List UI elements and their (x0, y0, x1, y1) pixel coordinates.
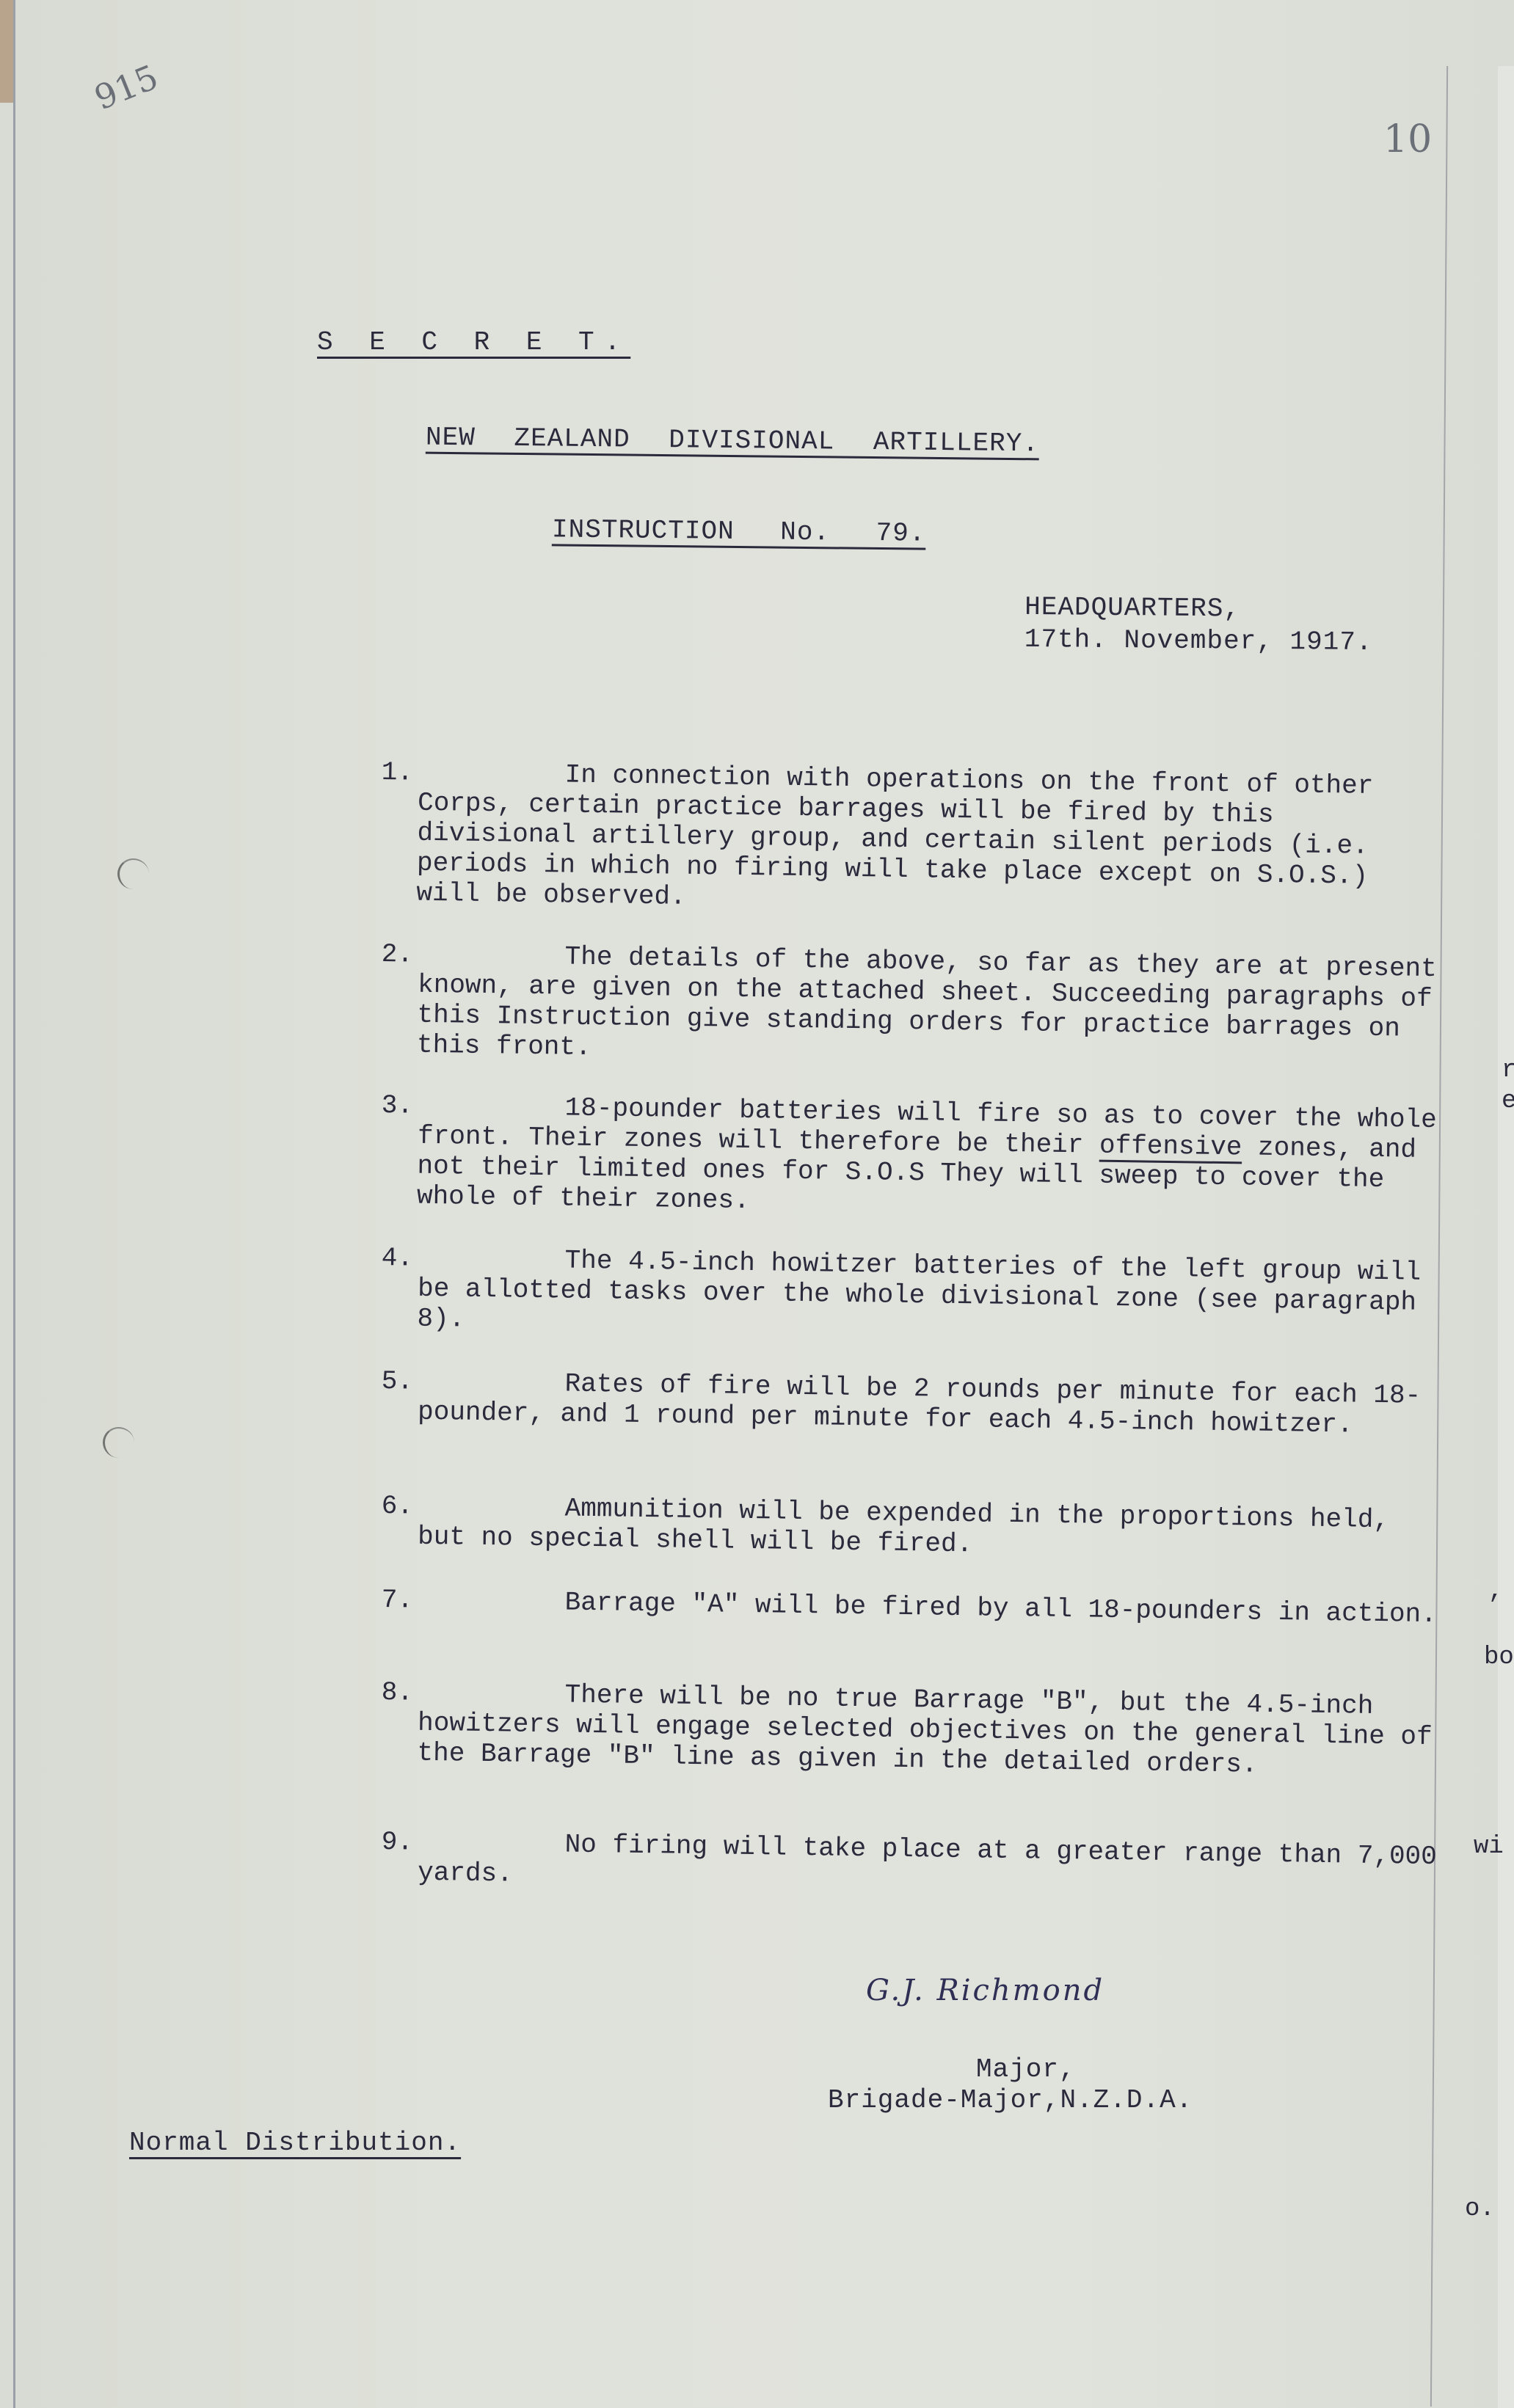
classification-heading: S E C R E T. (317, 327, 630, 358)
paragraph-number: 9. (381, 1827, 413, 1858)
instruction-title: INSTRUCTION No. 79. (552, 514, 926, 549)
paragraph-8: 8. There will be no true Barrage "B", bu… (380, 1677, 1438, 1782)
punch-hole-icon (117, 858, 149, 889)
edge-fragment: , (1488, 1577, 1503, 1605)
paragraph-number: 5. (381, 1366, 413, 1397)
paragraph-number: 1. (381, 757, 413, 788)
underlined-word: offensive (1099, 1131, 1242, 1163)
paragraph-2: 2. The details of the above, so far as t… (380, 939, 1438, 1074)
paragraph-text: There will be no true Barrage "B", but t… (417, 1678, 1438, 1782)
paragraph-number: 3. (381, 1090, 413, 1121)
paragraph-number: 4. (381, 1243, 413, 1274)
edge-fragment: wi (1474, 1833, 1504, 1861)
page-number: 10 (1383, 117, 1432, 161)
handwritten-signature: G.J. Richmond (866, 1974, 1104, 2007)
distribution-note: Normal Distribution. (129, 2128, 461, 2159)
edge-fragment: r (1502, 1057, 1514, 1084)
paragraph-4: 4. The 4.5-inch howitzer batteries of th… (380, 1243, 1438, 1348)
paragraph-text: The details of the above, so far as they… (417, 940, 1438, 1074)
paragraph-number: 2. (381, 939, 413, 970)
punch-hole-icon (103, 1427, 134, 1458)
signatory-rank: Major, (976, 2054, 1076, 2085)
edge-fragment: bo (1484, 1643, 1514, 1671)
organization-title: NEW ZEALAND DIVISIONAL ARTILLERY. (426, 423, 1039, 460)
paragraph-1: 1. In connection with operations on the … (379, 757, 1438, 922)
edge-fragment: o. (1465, 2195, 1495, 2223)
signatory-appointment: Brigade-Major,N.Z.D.A. (828, 2085, 1193, 2116)
paragraph-number: 8. (381, 1677, 413, 1708)
paragraph-text: 18-pounder batteries will fire so as to … (417, 1091, 1438, 1225)
date: 17th. November, 1917. (1025, 624, 1373, 657)
edge-fragment: e (1502, 1087, 1514, 1115)
paragraph-number: 7. (381, 1585, 413, 1616)
location: HEADQUARTERS, (1025, 592, 1240, 624)
headquarters-block: HEADQUARTERS, 17th. November, 1917. (1025, 591, 1373, 659)
paragraph-text: The 4.5-inch howitzer batteries of the l… (417, 1244, 1438, 1348)
paragraph-3: 3. 18-pounder batteries will fire so as … (380, 1090, 1438, 1225)
paragraph-number: 6. (381, 1491, 413, 1522)
paragraph-text: In connection with operations on the fro… (416, 758, 1438, 922)
